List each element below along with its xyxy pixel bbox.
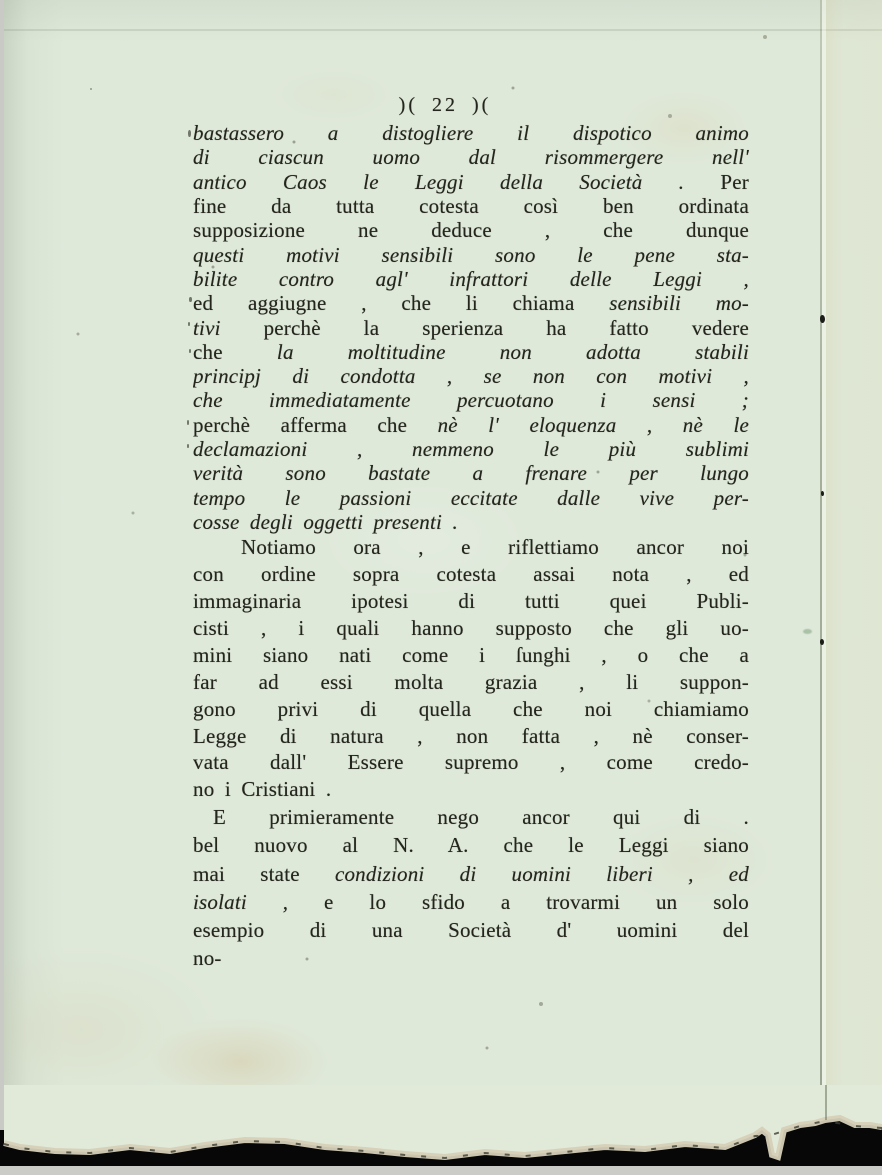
text-line: che immediatamente percuotano i sensi ; <box>193 388 749 412</box>
text-line: che la moltitudine non adotta stabili <box>193 340 749 364</box>
roman-text-segment: vata dall' Essere supremo , come credo- <box>193 750 749 774</box>
italic-text-segment: sensibili mo- <box>609 291 749 315</box>
roman-text-segment: esempio di una Società d' uomini del <box>193 918 749 942</box>
ink-dot <box>820 639 824 645</box>
roman-text-segment: mini siano nati come i ſunghi , o che a <box>193 643 749 667</box>
text-line: far ad essi molta grazia , li suppon- <box>193 669 749 696</box>
italic-text-segment: cosse degli oggetti presenti . <box>193 510 458 534</box>
page-edge-crease <box>820 0 822 1122</box>
margin-ink-speck <box>189 297 192 302</box>
text-line: bilite contro agl' infrattori delle Legg… <box>193 267 749 291</box>
paragraph: E primieramente nego ancor qui di .bel n… <box>193 803 749 944</box>
roman-text-segment: gono privi di quella che noi chiamiamo <box>193 697 749 721</box>
ink-dot <box>820 315 825 323</box>
roman-text-segment: immaginaria ipotesi di tutti quei Publi- <box>193 589 749 613</box>
italic-text-segment: la moltitudine non adotta stabili <box>277 340 749 364</box>
roman-text-segment: bel nuovo al N. A. che le Leggi siano <box>193 833 749 857</box>
roman-text-segment: Notiamo ora , e riflettiamo ancor noi <box>241 535 749 559</box>
text-line: principj di condotta , se non con motivi… <box>193 364 749 388</box>
ink-dot <box>821 491 824 496</box>
italic-text-segment: di ciascun uomo dal risommergere nell' <box>193 145 749 169</box>
roman-text-segment: e lo sfido a trovarmi un solo <box>324 890 749 914</box>
text-line: cosse degli oggetti presenti . <box>193 510 749 534</box>
roman-text-segment: fine da tutta cotesta così ben ordinata <box>193 194 749 218</box>
page-edge-highlight <box>822 0 826 1120</box>
italic-text-segment: declamazioni , nemmeno le più sublimi <box>193 437 749 461</box>
margin-ink-speck <box>187 444 189 448</box>
margin-ink-speck <box>187 420 189 425</box>
roman-text-segment: no i Cristiani . <box>193 777 331 801</box>
paper-flecks <box>90 88 92 90</box>
roman-text-segment: Per <box>720 170 749 194</box>
roman-text-segment: con ordine sopra cotesta assai nota , ed <box>193 562 749 586</box>
text-line: declamazioni , nemmeno le più sublimi <box>193 437 749 461</box>
margin-ink-speck <box>189 349 191 353</box>
text-line: questi motivi sensibili sono le pene sta… <box>193 243 749 267</box>
text-line: cisti , i quali hanno supposto che gli u… <box>193 615 749 642</box>
italic-text-segment: isolati , <box>193 890 324 914</box>
roman-text-segment: perchè la sperienza ha fatto vedere <box>264 316 749 340</box>
text-line: immaginaria ipotesi di tutti quei Publi- <box>193 588 749 615</box>
italic-text-segment: condizioni di uomini liberi , ed <box>335 862 749 886</box>
roman-text-segment: perchè afferma che <box>193 413 438 437</box>
roman-text-segment: E primieramente nego ancor qui di . <box>213 805 749 829</box>
underlying-page <box>826 0 882 1122</box>
text-line: Legge di natura , non fatta , nè conser- <box>193 723 749 750</box>
text-line: fine da tutta cotesta così ben ordinata <box>193 194 749 218</box>
text-line: mini siano nati come i ſunghi , o che a <box>193 642 749 669</box>
italic-text-segment: tempo le passioni eccitate dalle vive pe… <box>193 486 749 510</box>
italic-text-segment: che immediatamente percuotano i sensi ; <box>193 388 749 412</box>
text-line: antico Caos le Leggi della Società . Per <box>193 170 749 194</box>
text-line: supposizione ne deduce , che dunque <box>193 218 749 242</box>
text-line: vata dall' Essere supremo , come credo- <box>193 749 749 776</box>
roman-text-segment: cisti , i quali hanno supposto che gli u… <box>193 616 749 640</box>
margin-ink-speck <box>188 130 191 137</box>
italic-text-segment: antico Caos le Leggi della Società . <box>193 170 720 194</box>
italic-text-segment: nè l' eloquenza , nè le <box>438 413 749 437</box>
roman-text-segment: ed aggiugne , che li chiama <box>193 291 609 315</box>
italic-text-segment: verità sono bastate a frenare per lungo <box>193 461 749 485</box>
text-block: bastassero a distogliere il dispotico an… <box>193 121 749 972</box>
text-line: ed aggiugne , che li chiama sensibili mo… <box>193 291 749 315</box>
page-number-header: )( 22 )( <box>167 94 723 117</box>
torn-page-edge <box>0 1085 882 1175</box>
italic-text-segment: bastassero a distogliere il dispotico an… <box>193 121 749 145</box>
text-line: isolati , e lo sfido a trovarmi un solo <box>193 888 749 916</box>
text-line: tempo le passioni eccitate dalle vive pe… <box>193 486 749 510</box>
text-line: gono privi di quella che noi chiamiamo <box>193 696 749 723</box>
scanned-book-page: )( 22 )( bastassero a distogliere il dis… <box>0 0 882 1175</box>
text-line: esempio di una Società d' uomini del <box>193 916 749 944</box>
paragraph: Notiamo ora , e riflettiamo ancor noicon… <box>193 534 749 803</box>
roman-text-segment: Legge di natura , non fatta , nè conser- <box>193 724 749 748</box>
text-line: mai state condizioni di uomini liberi , … <box>193 860 749 888</box>
roman-text-segment: far ad essi molta grazia , li suppon- <box>193 670 749 694</box>
text-line: Notiamo ora , e riflettiamo ancor noi <box>193 534 749 561</box>
scanner-strip <box>0 1166 882 1175</box>
text-line: tivi perchè la sperienza ha fatto vedere <box>193 316 749 340</box>
roman-text-segment: mai state <box>193 862 335 886</box>
italic-text-segment: bilite contro agl' infrattori delle Legg… <box>193 267 749 291</box>
italic-text-segment: principj di condotta , se non con motivi… <box>193 364 749 388</box>
text-line: bastassero a distogliere il dispotico an… <box>193 121 749 145</box>
italic-text-segment: questi motivi sensibili sono le pene sta… <box>193 243 749 267</box>
text-line: no i Cristiani . <box>193 776 749 803</box>
text-line: perchè afferma che nè l' eloquenza , nè … <box>193 413 749 437</box>
paragraph: bastassero a distogliere il dispotico an… <box>193 121 749 534</box>
roman-text-segment: che <box>193 340 277 364</box>
margin-ink-speck <box>188 322 190 326</box>
green-smudge <box>803 629 812 634</box>
text-line: bel nuovo al N. A. che le Leggi siano <box>193 831 749 859</box>
catchword: no- <box>193 944 749 972</box>
text-line: E primieramente nego ancor qui di . <box>193 803 749 831</box>
text-line: di ciascun uomo dal risommergere nell' <box>193 145 749 169</box>
text-line: con ordine sopra cotesta assai nota , ed <box>193 561 749 588</box>
text-line: verità sono bastate a frenare per lungo <box>193 461 749 485</box>
italic-text-segment: tivi <box>193 316 264 340</box>
horizontal-crease <box>4 29 882 31</box>
roman-text-segment: supposizione ne deduce , che dunque <box>193 218 749 242</box>
